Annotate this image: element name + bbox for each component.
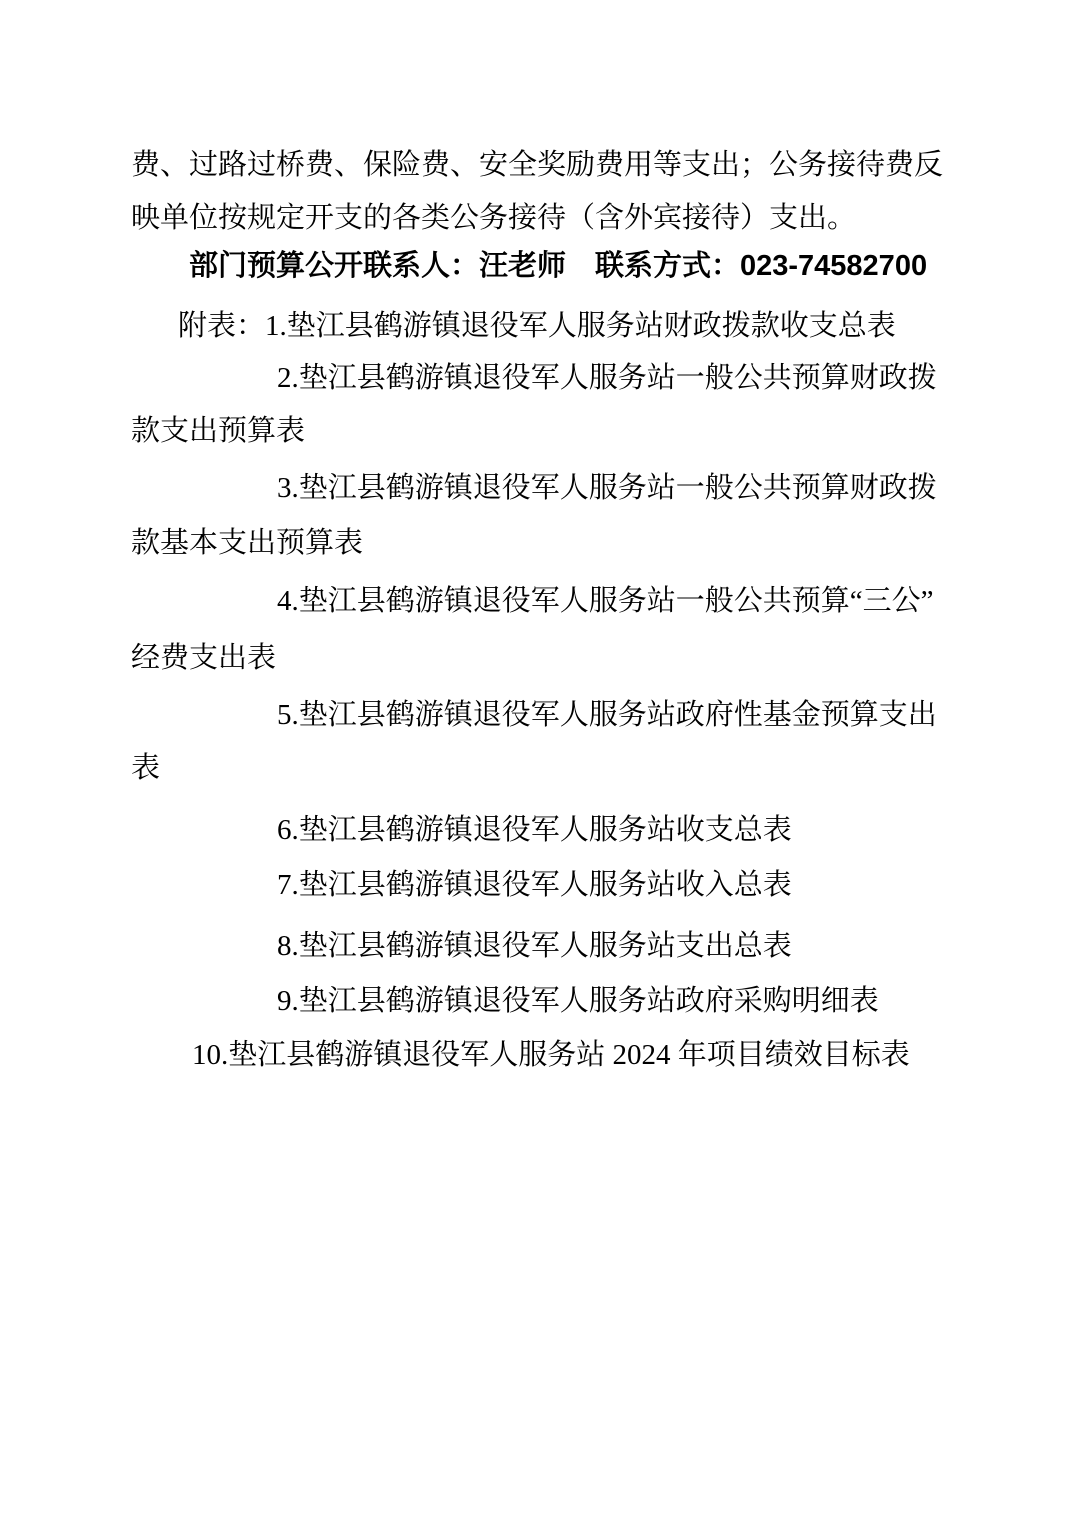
- attachment-item-7: 7.垫江县鹤游镇退役军人服务站收入总表: [277, 870, 792, 902]
- attachment-item-10: 10.垫江县鹤游镇退役军人服务站 2024 年项目绩效目标表: [192, 1040, 910, 1072]
- attachment-item-3-line-2: 款基本支出预算表: [131, 528, 363, 560]
- attachment-item-4-line-1: 4.垫江县鹤游镇退役军人服务站一般公共预算“三公”: [277, 586, 934, 618]
- attachment-item-2-line-1: 2.垫江县鹤游镇退役军人服务站一般公共预算财政拨: [277, 363, 937, 395]
- budget-contact-line: 部门预算公开联系人：汪老师 联系方式：023-74582700: [189, 251, 927, 283]
- attachment-item-1: 附表：1.垫江县鹤游镇退役军人服务站财政拨款收支总表: [178, 311, 896, 343]
- attachment-item-6: 6.垫江县鹤游镇退役军人服务站收支总表: [277, 815, 792, 847]
- attachment-item-8: 8.垫江县鹤游镇退役军人服务站支出总表: [277, 931, 792, 963]
- attachment-item-5-line-2: 表: [131, 753, 160, 785]
- attachment-item-5-line-1: 5.垫江县鹤游镇退役军人服务站政府性基金预算支出: [277, 700, 937, 732]
- document-page: 费、过路过桥费、保险费、安全奖励费用等支出；公务接待费反 映单位按规定开支的各类…: [0, 0, 1074, 1520]
- attachment-item-9: 9.垫江县鹤游镇退役军人服务站政府采购明细表: [277, 986, 879, 1018]
- attachment-item-2-line-2: 款支出预算表: [131, 416, 305, 448]
- attachment-item-4-line-2: 经费支出表: [131, 643, 276, 675]
- attachment-item-3-line-1: 3.垫江县鹤游镇退役军人服务站一般公共预算财政拨: [277, 473, 937, 505]
- paragraph-line-2: 映单位按规定开支的各类公务接待（含外宾接待）支出。: [131, 203, 856, 235]
- paragraph-line-1: 费、过路过桥费、保险费、安全奖励费用等支出；公务接待费反: [131, 150, 943, 182]
